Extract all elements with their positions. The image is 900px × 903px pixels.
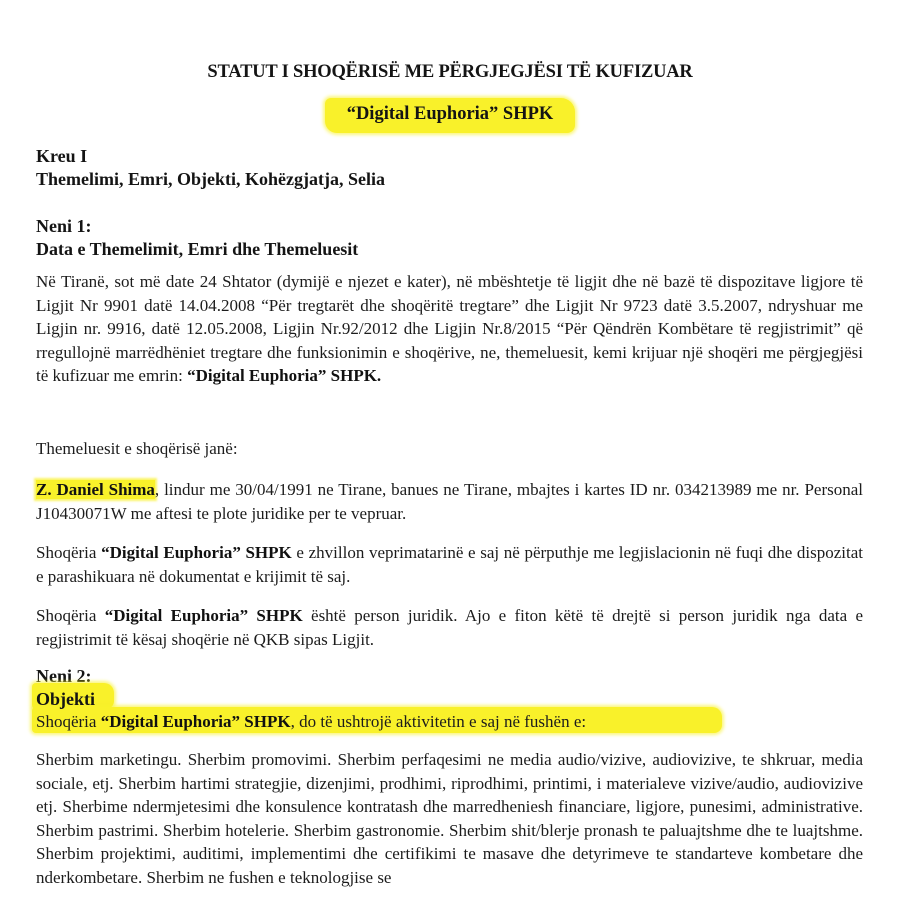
activity-field-statement: Shoqëria “Digital Euphoria” SHPK, do të … [36, 710, 863, 734]
paragraph-text: , do të ushtrojë aktivitetin e saj në fu… [291, 712, 587, 731]
article2-heading: Objekti [36, 687, 95, 711]
document-title: STATUT I SHOQËRISË ME PËRGJEGJËSI TË KUF… [0, 62, 900, 83]
document-page: STATUT I SHOQËRISË ME PËRGJEGJËSI TË KUF… [0, 0, 900, 903]
company-name-header: “Digital Euphoria” SHPK [0, 98, 900, 133]
company-name-inline: “Digital Euphoria” SHPK [101, 712, 291, 731]
services-paragraph: Sherbim marketingu. Sherbim promovimi. S… [36, 748, 863, 890]
highlight-marker: “Digital Euphoria” SHPK [325, 98, 576, 133]
chapter-label: Kreu I [36, 144, 87, 168]
company-name-inline: “Digital Euphoria” SHPK [101, 543, 292, 562]
chapter-subtitle: Themelimi, Emri, Objekti, Kohëzgjatja, S… [36, 167, 385, 191]
founder-paragraph: Z. Daniel Shima, lindur me 30/04/1991 ne… [36, 478, 863, 525]
founder-name: Z. Daniel Shima [36, 480, 155, 499]
founder-details: , lindur me 30/04/1991 ne Tirane, banues… [36, 480, 863, 523]
paragraph-prefix: Shoqëria [36, 543, 101, 562]
paragraph-prefix: Shoqëria [36, 712, 101, 731]
founding-paragraph: Në Tiranë, sot më date 24 Shtator (dymij… [36, 270, 863, 388]
founding-text: Në Tiranë, sot më date 24 Shtator (dymij… [36, 272, 863, 385]
paragraph-prefix: Shoqëria [36, 606, 105, 625]
article1-label: Neni 1: [36, 214, 92, 238]
article1-heading: Data e Themelimit, Emri dhe Themeluesit [36, 237, 358, 261]
company-name-inline: “Digital Euphoria” SHPK [105, 606, 303, 625]
activity-compliance-paragraph: Shoqëria “Digital Euphoria” SHPK e zhvil… [36, 541, 863, 588]
company-name: “Digital Euphoria” SHPK [347, 104, 554, 124]
founders-label: Themeluesit e shoqërisë janë: [36, 437, 863, 461]
founding-company-name: “Digital Euphoria” SHPK. [187, 366, 381, 385]
legal-person-paragraph: Shoqëria “Digital Euphoria” SHPK është p… [36, 604, 863, 651]
